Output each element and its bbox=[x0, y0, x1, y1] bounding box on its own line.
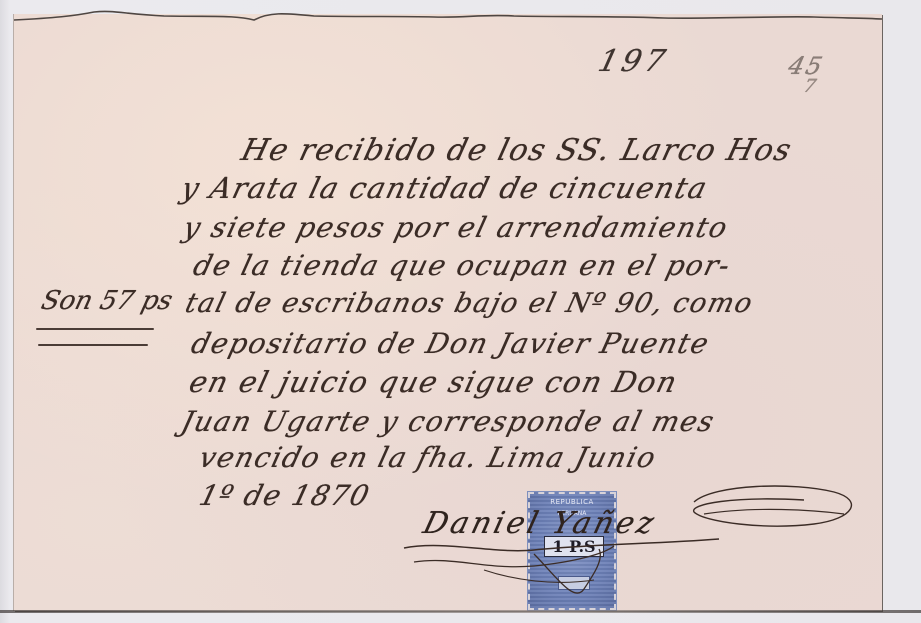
paper-bottom-edge bbox=[0, 610, 921, 613]
paper-sheet: 197 45 7 Son 57 ps He recibido de los SS… bbox=[14, 14, 882, 611]
scanned-document: 197 45 7 Son 57 ps He recibido de los SS… bbox=[0, 0, 921, 623]
signature-flourish bbox=[14, 14, 882, 611]
